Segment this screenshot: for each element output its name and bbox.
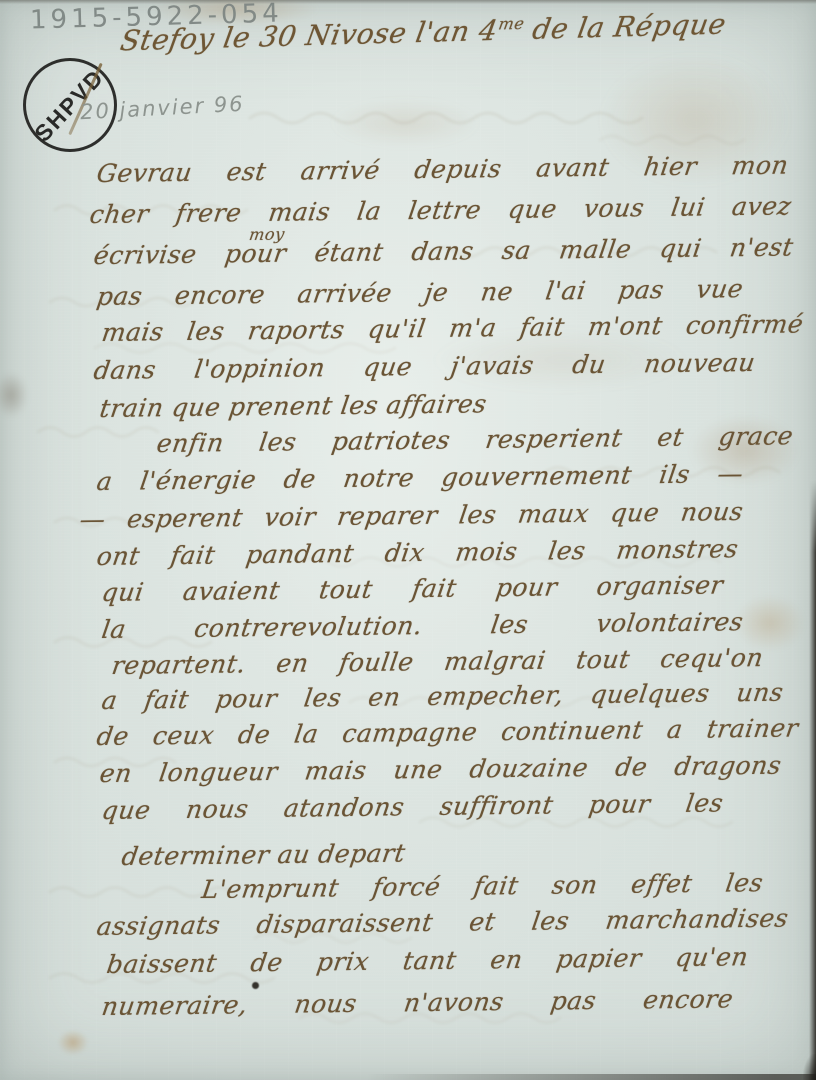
page-edge-bottom <box>0 1074 816 1080</box>
page-edge-right <box>809 480 816 1080</box>
page-edge-top <box>0 0 816 4</box>
dateline-suffix: de la Répque <box>530 8 729 46</box>
manuscript-line: determiner au depart <box>120 839 465 871</box>
page-edge-corner <box>803 1054 816 1080</box>
dateline-superscript: me <box>497 14 526 34</box>
manuscript-scan: { "document": { "catalog_number": "1915-… <box>0 0 816 1080</box>
